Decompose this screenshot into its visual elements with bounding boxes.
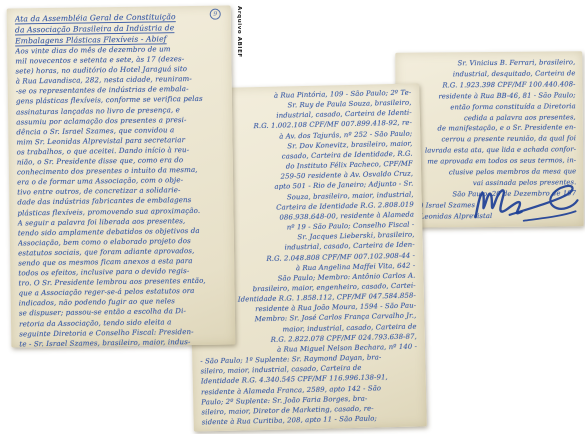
page-3-fragments: Sr. Vinicius B. Ferrari, brasileiro,indu… [405,57,576,189]
page-3: Sr. Vinicius B. Ferrari, brasileiro,indu… [395,51,584,228]
page-1-text: Ata da Assembléia Geral de Constituiçãod… [15,11,228,350]
document-scan: Sr. Vinicius B. Ferrari, brasileiro,indu… [0,0,585,434]
page-3-text: Sr. Vinicius B. Ferrari, brasileiro,indu… [405,57,576,222]
archive-stamp: Arquivo ABIEF [236,6,242,58]
page-1-title: Ata da Assembléia Geral de Constituiçãod… [15,11,223,47]
page-1-body: Aos vinte dias do mês de dezembro de umm… [15,44,227,350]
page-2-full-lines: - São Paulo; 1º Suplente: Sr. Raymond Da… [200,352,419,428]
page-1: 9 Ata da Assembléia Geral de Constituiçã… [7,5,236,347]
handwritten-line: então forma constituída a Diretoria [406,101,576,113]
page-3-closing: São Paulo, 20 de Dezembro de 1977a) Isra… [406,188,576,222]
handwritten-line: a) Leonidas Alprevistal [407,210,577,222]
handwritten-line: São Paulo, 20 de Dezembro de 1977 [406,188,576,200]
